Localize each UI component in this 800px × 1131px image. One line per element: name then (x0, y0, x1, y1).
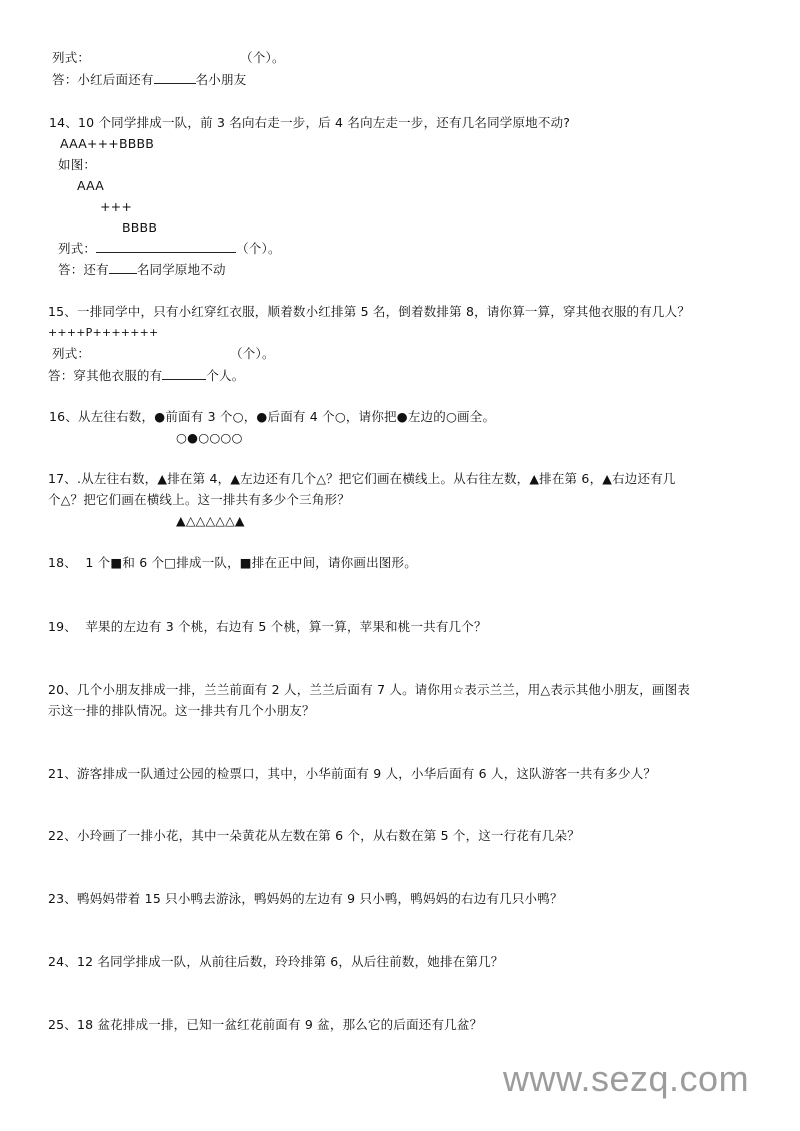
q19-question: 19、 苹果的左边有 3 个桃，右边有 5 个桃，算一算，苹果和桃一共有几个？ (48, 619, 487, 635)
formula-unit: （个）。 (236, 241, 281, 256)
q21-question: 21、游客排成一队通过公园的检票口，其中，小华前面有 9 人，小华后面有 6 人… (48, 766, 656, 782)
q15-formula-line: 列式：（个）。 (52, 346, 275, 362)
q20-question-line1: 20、几个小朋友排成一排，兰兰前面有 2 人，兰兰后面有 7 人。请你用☆表示兰… (48, 682, 690, 698)
q14-question: 14、10 个同学排成一队，前 3 名向右走一步，后 4 名向左走一步，还有几名… (49, 115, 570, 131)
formula-unit: （个）。 (230, 346, 275, 361)
answer-blank[interactable] (162, 367, 206, 380)
formula-unit: （个）。 (240, 50, 285, 65)
q15-diagram: ++++P+++++++ (48, 325, 158, 341)
q18-question: 18、 1 个■和 6 个□排成一队，■排在正中间，请你画出图形。 (48, 555, 417, 571)
q17-diagram: ▲△△△△△▲ (176, 513, 245, 529)
q14-diagram-row1: AAA (77, 178, 104, 194)
answer-prefix: 答：还有 (58, 262, 109, 277)
q16-diagram: ○●○○○○ (176, 430, 243, 446)
formula-label: 列式： (52, 50, 90, 65)
q15-question: 15、一排同学中，只有小红穿红衣服，顺着数小红排第 5 名，倒着数排第 8，请你… (48, 304, 690, 320)
q22-question: 22、小玲画了一排小花，其中一朵黄花从左数在第 6 个，从右数在第 5 个，这一… (48, 828, 580, 844)
q14-diagram-inline: AAA+++BBBB (60, 136, 154, 152)
formula-blank[interactable] (96, 240, 236, 253)
answer-suffix: 名同学原地不动 (137, 262, 226, 277)
q24-question: 24、12 名同学排成一队，从前往后数，玲玲排第 6，从后往前数，她排在第几？ (48, 954, 504, 970)
answer-suffix: 个人。 (206, 368, 244, 383)
q20-question-line2: 示这一排的排队情况。这一排共有几个小朋友？ (48, 703, 315, 719)
q14-diagram-row3: BBBB (122, 220, 157, 236)
answer-prefix: 答：小红后面还有 (52, 72, 154, 87)
answer-blank[interactable] (154, 71, 196, 84)
q14-figure-label: 如图： (58, 157, 96, 173)
q23-question: 23、鸭妈妈带着 15 只小鸭去游泳，鸭妈妈的左边有 9 只小鸭，鸭妈妈的右边有… (48, 891, 563, 907)
formula-label: 列式： (58, 241, 96, 256)
q13-answer-line: 答：小红后面还有名小朋友 (52, 71, 246, 88)
q25-question: 25、18 盆花排成一排，已知一盆红花前面有 9 盆，那么它的后面还有几盆？ (48, 1017, 482, 1033)
q14-answer-line: 答：还有名同学原地不动 (58, 261, 226, 278)
q13-formula-line: 列式：（个）。 (52, 50, 285, 66)
q17-question-line1: 17、.从左往右数，▲排在第 4，▲左边还有几个△？把它们画在横线上。从右往左数… (48, 471, 676, 487)
answer-suffix: 名小朋友 (196, 72, 247, 87)
answer-prefix: 答：穿其他衣服的有 (48, 368, 162, 383)
q14-formula-line: 列式：（个）。 (58, 240, 281, 257)
q17-question-line2: 个△？把它们画在横线上。这一排共有多少个三角形？ (48, 492, 350, 508)
formula-label: 列式： (52, 346, 90, 361)
q16-question: 16、从左往右数，●前面有 3 个○，●后面有 4 个○，请你把●左边的○画全。 (49, 409, 495, 425)
answer-blank[interactable] (109, 261, 137, 274)
q14-diagram-row2: +++ (100, 199, 132, 215)
q15-answer-line: 答：穿其他衣服的有个人。 (48, 367, 244, 384)
watermark: www.sezq.com (503, 1058, 749, 1100)
